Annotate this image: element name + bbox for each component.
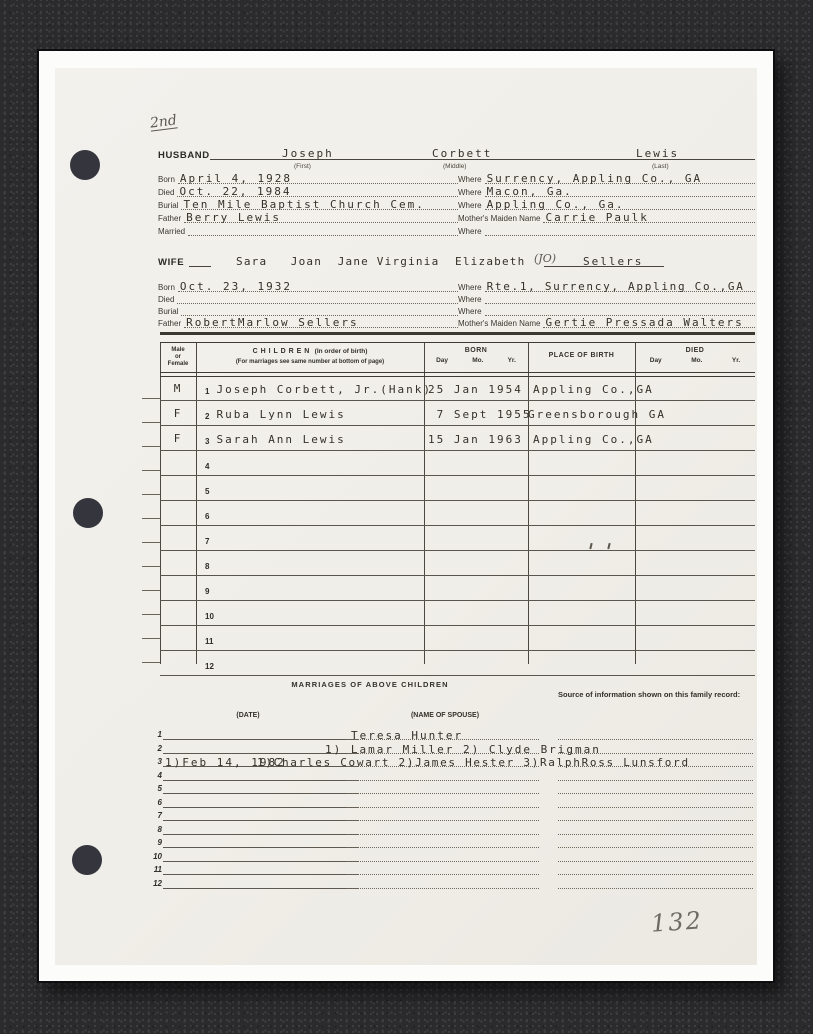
marriages-title: MARRIAGES OF ABOVE CHILDREN <box>205 680 535 689</box>
child-name-cell: 3Sarah Ann Lewis <box>196 433 424 450</box>
last-sublabel: (Last) <box>652 163 669 170</box>
child-name-cell: 10 <box>196 612 424 625</box>
field-value: RobertMarlow Sellers <box>184 316 358 329</box>
child-number: 1 <box>205 387 209 396</box>
day-sublabel: Day <box>436 357 448 364</box>
child-born <box>424 521 528 525</box>
field-label: Where <box>458 227 485 236</box>
child-number: 12 <box>205 662 214 671</box>
field-line: Surrency, Appling Co., GA <box>485 172 755 184</box>
marriage-row: 11 <box>55 861 757 875</box>
husband-first-name: Joseph <box>282 147 334 160</box>
field-value: Gertie Pressada Walters <box>543 316 743 329</box>
marriage-row: 5 <box>55 780 757 794</box>
field-line: Oct. 22, 1984 <box>177 185 458 197</box>
wife-father-row: Father RobertMarlow Sellers Mother's Mai… <box>158 316 755 328</box>
child-number: 8 <box>205 562 209 571</box>
child-number: 7 <box>205 537 209 546</box>
field-label: Mother's Maiden Name <box>458 319 543 328</box>
marriage-row-number: 10 <box>149 852 162 861</box>
field-label: Born <box>158 175 178 184</box>
children-rows: M 1Joseph Corbett, Jr.(Hank) 25 Jan 1954… <box>160 376 755 676</box>
child-place <box>528 671 635 675</box>
child-name-cell: 12 <box>196 662 424 675</box>
child-name-cell: 6 <box>196 512 424 525</box>
marriage-row: 3 1)Feb 14, 1982 1)Charles Cowart 2)Jame… <box>55 753 757 767</box>
child-place <box>528 496 635 500</box>
child-number: 9 <box>205 587 209 596</box>
table-row: 7 <box>160 526 755 551</box>
field-label: Married <box>158 227 188 236</box>
child-born <box>424 496 528 500</box>
child-name-cell: 7 <box>196 537 424 550</box>
middle-sublabel: (Middle) <box>443 163 466 170</box>
child-born <box>424 571 528 575</box>
child-place <box>528 571 635 575</box>
husband-burial-row: Burial Ten Mile Baptist Church Cem. Wher… <box>158 197 755 210</box>
field-label: Father <box>158 214 184 223</box>
marriage-row-number: 2 <box>149 744 162 753</box>
child-number: 5 <box>205 487 209 496</box>
child-place <box>528 471 635 475</box>
husband-married-row: Married Where <box>158 223 755 236</box>
children-header-sub: (In order of birth) <box>315 348 368 355</box>
marriage-row-number: 4 <box>149 771 162 780</box>
month-sublabel: Mo. <box>472 357 483 364</box>
field-label: Burial <box>158 201 181 210</box>
child-number: 4 <box>205 462 209 471</box>
child-number: 6 <box>205 512 209 521</box>
marriage-row-number: 9 <box>149 838 162 847</box>
child-born: 15 Jan 1963 <box>424 433 528 450</box>
child-born <box>424 621 528 625</box>
marriage-row-number: 12 <box>149 879 162 888</box>
scan-white-frame: 2nd HUSBAND Joseph Corbett Lewis (First)… <box>37 49 775 983</box>
children-header-title: C H I L D R E N (In order of birth) <box>196 348 424 355</box>
child-number: 3 <box>205 437 209 446</box>
child-born <box>424 596 528 600</box>
field-line <box>485 295 755 304</box>
hole-punch-top <box>70 150 100 180</box>
sex-header-line: Male <box>160 347 196 354</box>
row-tick-marks <box>142 375 160 664</box>
field-label: Where <box>458 175 485 184</box>
table-row: 8 <box>160 551 755 576</box>
child-born <box>424 646 528 650</box>
born-header-title: BORN <box>424 347 528 354</box>
field-label: Where <box>458 188 485 197</box>
field-label: Where <box>458 201 485 210</box>
child-sex <box>160 495 196 500</box>
field-label: Mother's Maiden Name <box>458 214 543 223</box>
child-place <box>528 521 635 525</box>
first-sublabel: (First) <box>294 163 311 170</box>
field-line: Ten Mile Baptist Church Cem. <box>181 198 458 210</box>
table-row: F 2Ruba Lynn Lewis 7 Sept 1955 Greensbor… <box>160 401 755 426</box>
marriage-row-number: 11 <box>149 865 162 874</box>
field-label: Where <box>458 283 485 292</box>
husband-born-row: Born April 4, 1928 Where Surrency, Appli… <box>158 171 755 184</box>
husband-father-row: Father Berry Lewis Mother's Maiden Name … <box>158 210 755 223</box>
month-sublabel: Mo. <box>691 357 702 364</box>
marriage-row: 8 <box>55 821 757 835</box>
husband-died-row: Died Oct. 22, 1984 Where Macon, Ga. <box>158 184 755 197</box>
child-born <box>424 671 528 675</box>
table-row: 10 <box>160 601 755 626</box>
marriage-row: 1 Teresa Hunter <box>55 726 757 740</box>
husband-section-label: HUSBAND <box>158 150 210 161</box>
child-sex <box>160 470 196 475</box>
child-number: 10 <box>205 612 214 621</box>
marriage-date-header: (DATE) <box>198 712 298 719</box>
field-label: Born <box>158 283 178 292</box>
wife-born-row: Born Oct. 23, 1932 Where Rte.1, Surrency… <box>158 280 755 292</box>
child-number: 2 <box>205 412 209 421</box>
wife-died-row: Died Where <box>158 292 755 304</box>
field-line: Berry Lewis <box>184 211 458 223</box>
field-line: RobertMarlow Sellers <box>184 316 458 328</box>
child-name-cell: 8 <box>196 562 424 575</box>
field-line <box>188 227 458 236</box>
field-line: Macon, Ga. <box>485 185 755 197</box>
marriage-row: 2 1) Lamar Miller 2) Clyde Brigman <box>55 740 757 754</box>
child-sex: M <box>160 382 196 400</box>
child-name-cell: 1Joseph Corbett, Jr.(Hank) <box>196 383 424 400</box>
child-name: Joseph Corbett, Jr.(Hank) <box>216 383 432 396</box>
wife-given-names: Sara Joan Jane Virginia Elizabeth <box>236 255 525 268</box>
date-line <box>163 888 359 889</box>
field-label: Where <box>458 295 485 304</box>
wife-label-line <box>189 252 211 267</box>
marriage-row: 12 <box>55 875 757 889</box>
child-sex: F <box>160 407 196 425</box>
handwritten-note: 2nd <box>149 112 178 131</box>
field-line <box>181 307 458 316</box>
field-label: Where <box>458 307 485 316</box>
marriage-row-number: 5 <box>149 784 162 793</box>
wife-burial-row: Burial Where <box>158 304 755 316</box>
field-line <box>485 307 755 316</box>
marriage-row: 10 <box>55 848 757 862</box>
children-header-word: C H I L D R E N <box>253 348 310 355</box>
field-line: Carrie Paulk <box>543 211 755 223</box>
field-label: Burial <box>158 307 181 316</box>
table-row: 4 <box>160 451 755 476</box>
husband-last-name: Lewis <box>636 147 679 160</box>
marriage-row: 7 <box>55 807 757 821</box>
document-page: 2nd HUSBAND Joseph Corbett Lewis (First)… <box>55 68 757 965</box>
marriage-row-number: 7 <box>149 811 162 820</box>
table-row: 5 <box>160 476 755 501</box>
sex-header-line: or <box>160 354 196 361</box>
wife-last-name: Sellers <box>583 255 643 268</box>
page-number-handwritten: 132 <box>650 906 704 938</box>
field-label: Died <box>158 295 177 304</box>
child-name-cell: 4 <box>196 462 424 475</box>
table-row: 11 <box>160 626 755 651</box>
year-sublabel: Yr. <box>508 357 516 364</box>
child-place: Greensborough GA <box>528 408 635 425</box>
field-label: Father <box>158 319 184 328</box>
field-line: Appling Co., Ga. <box>485 198 755 210</box>
field-line <box>177 295 458 304</box>
field-line: Rte.1, Surrency, Appling Co.,GA <box>485 280 755 292</box>
child-sex <box>160 620 196 625</box>
child-name-cell: 9 <box>196 587 424 600</box>
child-born: 7 Sept 1955 <box>424 408 528 425</box>
marriage-spouse-header: (NAME OF SPOUSE) <box>385 712 505 719</box>
child-name: Sarah Ann Lewis <box>216 433 345 446</box>
section-divider <box>160 332 755 335</box>
marriage-row-number: 8 <box>149 825 162 834</box>
wife-section-label: WIFE <box>158 257 184 268</box>
child-sex <box>160 595 196 600</box>
table-row: M 1Joseph Corbett, Jr.(Hank) 25 Jan 1954… <box>160 376 755 401</box>
scanned-genealogy-document: { "colors": { "background": "#2b2b2d", "… <box>0 0 813 1034</box>
children-header-note: (For marriages see same number at bottom… <box>196 359 424 365</box>
table-row: F 3Sarah Ann Lewis 15 Jan 1963 Appling C… <box>160 426 755 451</box>
marriage-row-number: 1 <box>149 730 162 739</box>
day-sublabel: Day <box>650 357 662 364</box>
child-name-cell: 2Ruba Lynn Lewis <box>196 408 424 425</box>
place-header-title: PLACE OF BIRTH <box>528 352 635 359</box>
children-table: Male or Female C H I L D R E N (In order… <box>160 342 755 664</box>
source-line <box>558 888 753 889</box>
hole-punch-middle <box>73 498 103 528</box>
child-born <box>424 546 528 550</box>
child-place <box>528 646 635 650</box>
year-sublabel: Yr. <box>732 357 740 364</box>
child-sex <box>160 520 196 525</box>
child-place: Appling Co.,GA <box>528 383 635 400</box>
table-row: 12 <box>160 651 755 676</box>
child-sex <box>160 545 196 550</box>
field-line: April 4, 1928 <box>178 172 458 184</box>
child-born <box>424 471 528 475</box>
sex-header-line: Female <box>160 361 196 368</box>
child-name-cell: 11 <box>196 637 424 650</box>
child-place <box>528 596 635 600</box>
field-line: Oct. 23, 1932 <box>178 280 458 292</box>
table-row: 6 <box>160 501 755 526</box>
child-place <box>528 546 635 550</box>
marriage-row: 9 <box>55 834 757 848</box>
field-line <box>485 227 755 236</box>
child-place: Appling Co.,GA <box>528 433 635 450</box>
child-name: Ruba Lynn Lewis <box>216 408 345 421</box>
husband-middle-name: Corbett <box>432 147 492 160</box>
field-label: Died <box>158 188 177 197</box>
child-born: 25 Jan 1954 <box>424 383 528 400</box>
marriage-row-number: 3 <box>149 757 162 766</box>
child-sex <box>160 670 196 675</box>
child-number: 11 <box>205 637 213 646</box>
child-place <box>528 621 635 625</box>
marriage-row: 6 <box>55 794 757 808</box>
source-of-information-note: Source of information shown on this fami… <box>558 690 756 700</box>
child-sex <box>160 645 196 650</box>
died-header-title: DIED <box>635 347 755 354</box>
table-row: 9 <box>160 576 755 601</box>
child-name-cell: 5 <box>196 487 424 500</box>
spouse-line <box>347 888 539 889</box>
marriage-row: 4 <box>55 767 757 781</box>
child-sex <box>160 570 196 575</box>
field-line: Gertie Pressada Walters <box>543 316 755 328</box>
child-sex: F <box>160 432 196 450</box>
marriage-row-number: 6 <box>149 798 162 807</box>
